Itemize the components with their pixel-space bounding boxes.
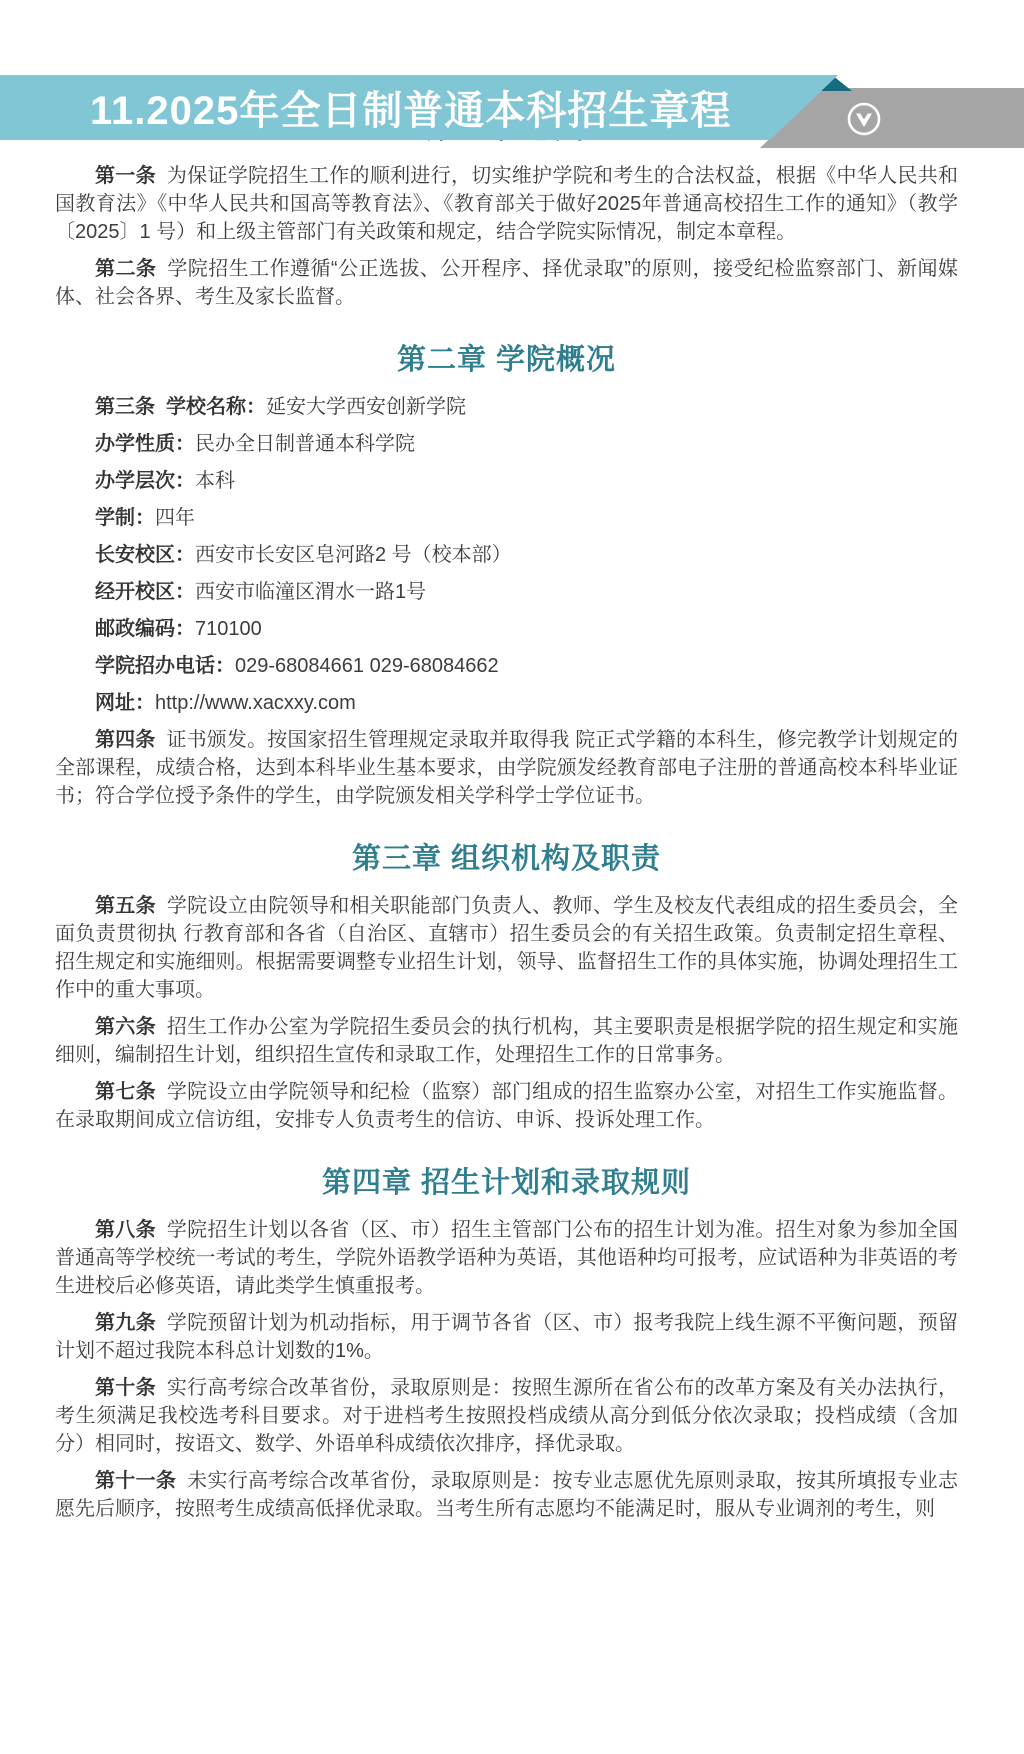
field-label: 经开校区： (95, 581, 195, 603)
article-text: 学院设立由院领导和相关职能部门负责人、教师、学生及校友代表组成的招生委员会，全面… (55, 895, 958, 1001)
chapter-heading: 第四章 招生计划和录取规则 (55, 1160, 958, 1201)
article-number: 第六条 (95, 1016, 156, 1038)
info-row: 办学层次：本科 (55, 467, 958, 495)
article-paragraph: 第六条招生工作办公室为学院招生委员会的执行机构，其主要职责是根据学院的招生规定和… (55, 1013, 958, 1069)
article-paragraph: 第十一条未实行高考综合改革省份，录取原则是：按专业志愿优先原则录取，按其所填报专… (55, 1467, 958, 1523)
title-banner: 11.2025年全日制普通本科招生章程 (0, 75, 838, 140)
article-text: 未实行高考综合改革省份，录取原则是：按专业志愿优先原则录取，按其所填报专业志愿先… (55, 1470, 958, 1520)
article-number: 第四条 (95, 729, 155, 751)
article-number: 第一条 (95, 165, 156, 187)
field-label: 网址： (95, 692, 155, 714)
article-number: 第五条 (95, 895, 156, 917)
article-number: 第二条 (95, 258, 156, 280)
info-row: 邮政编码：710100 (55, 615, 958, 643)
field-label: 办学性质： (95, 433, 195, 455)
article-text: 学院预留计划为机动指标，用于调节各省（区、市）报考我院上线生源不平衡问题，预留计… (55, 1312, 958, 1362)
article-text: 证书颁发。按国家招生管理规定录取并取得我 院正式学籍的本科生，修完教学计划规定的… (55, 729, 958, 807)
article-text: 029-68084661 029-68084662 (235, 655, 499, 677)
page-title: 11.2025年全日制普通本科招生章程 (90, 79, 731, 136)
article-text: 学院招生计划以各省（区、市）招生主管部门公布的招生计划为准。招生对象为参加全国普… (55, 1219, 958, 1297)
article-text: 学院招生工作遵循“公正选拔、公开程序、择优录取”的原则，接受纪检监察部门、新闻媒… (55, 258, 958, 308)
article-text: 民办全日制普通本科学院 (195, 433, 415, 455)
article-paragraph: 第七条学院设立由学院领导和纪检（监察）部门组成的招生监察办公室，对招生工作实施监… (55, 1078, 958, 1134)
info-row: 网址：http://www.xacxxy.com (55, 689, 958, 717)
article-number: 第十一条 (95, 1470, 176, 1492)
chevron-down-icon[interactable] (845, 100, 883, 138)
article-paragraph: 第一条为保证学院招生工作的顺利进行，切实维护学院和考生的合法权益，根据《中华人民… (55, 162, 958, 246)
field-label: 办学层次： (95, 470, 195, 492)
field-label: 学校名称： (166, 396, 266, 418)
field-label: 学院招办电话： (95, 655, 235, 677)
field-label: 邮政编码： (95, 618, 195, 640)
article-text: 西安市临潼区渭水一路1号 (195, 581, 426, 603)
article-number: 第三条 (95, 396, 155, 418)
info-row: 学制：四年 (55, 504, 958, 532)
article-paragraph: 第四条证书颁发。按国家招生管理规定录取并取得我 院正式学籍的本科生，修完教学计划… (55, 726, 958, 810)
article-number: 第七条 (95, 1081, 156, 1103)
chevron-down-glyph (845, 100, 883, 138)
article-text: 710100 (195, 618, 262, 640)
article-text: 本科 (195, 470, 235, 492)
article-text: 实行高考综合改革省份，录取原则是：按照生源所在省公布的改革方案及有关办法执行，考… (55, 1377, 958, 1455)
info-row: 办学性质：民办全日制普通本科学院 (55, 430, 958, 458)
article-number: 第十条 (95, 1377, 156, 1399)
info-row: 长安校区：西安市长安区皂河路2 号（校本部） (55, 541, 958, 569)
article-number: 第八条 (95, 1219, 156, 1241)
chapter-heading: 第三章 组织机构及职责 (55, 836, 958, 877)
article-text: 延安大学西安创新学院 (266, 396, 466, 418)
field-label: 长安校区： (95, 544, 195, 566)
field-label: 学制： (95, 507, 155, 529)
article-paragraph: 第八条学院招生计划以各省（区、市）招生主管部门公布的招生计划为准。招生对象为参加… (55, 1216, 958, 1300)
info-row: 学院招办电话：029-68084661 029-68084662 (55, 652, 958, 680)
article-text: 西安市长安区皂河路2 号（校本部） (195, 544, 512, 566)
article-text: 为保证学院招生工作的顺利进行，切实维护学院和考生的合法权益，根据《中华人民共和国… (55, 165, 958, 243)
article-paragraph: 第九条学院预留计划为机动指标，用于调节各省（区、市）报考我院上线生源不平衡问题，… (55, 1309, 958, 1365)
article-paragraph: 第五条学院设立由院领导和相关职能部门负责人、教师、学生及校友代表组成的招生委员会… (55, 892, 958, 1004)
article-paragraph: 第十条实行高考综合改革省份，录取原则是：按照生源所在省公布的改革方案及有关办法执… (55, 1374, 958, 1458)
article-text: 学院设立由学院领导和纪检（监察）部门组成的招生监察办公室，对招生工作实施监督。在… (55, 1081, 958, 1131)
info-row: 经开校区：西安市临潼区渭水一路1号 (55, 578, 958, 606)
page: 11.2025年全日制普通本科招生章程 第一章 总则第一条为保证学院招生工作的顺… (0, 0, 1024, 1754)
info-row: 第三条学校名称：延安大学西安创新学院 (55, 393, 958, 421)
article-text: http://www.xacxxy.com (155, 692, 356, 714)
article-text: 招生工作办公室为学院招生委员会的执行机构，其主要职责是根据学院的招生规定和实施细… (55, 1016, 958, 1066)
document-body: 第一章 总则第一条为保证学院招生工作的顺利进行，切实维护学院和考生的合法权益，根… (55, 0, 958, 1523)
article-number: 第九条 (95, 1312, 156, 1334)
article-paragraph: 第二条学院招生工作遵循“公正选拔、公开程序、择优录取”的原则，接受纪检监察部门、… (55, 255, 958, 311)
article-text: 四年 (155, 507, 195, 529)
chapter-heading: 第二章 学院概况 (55, 337, 958, 378)
